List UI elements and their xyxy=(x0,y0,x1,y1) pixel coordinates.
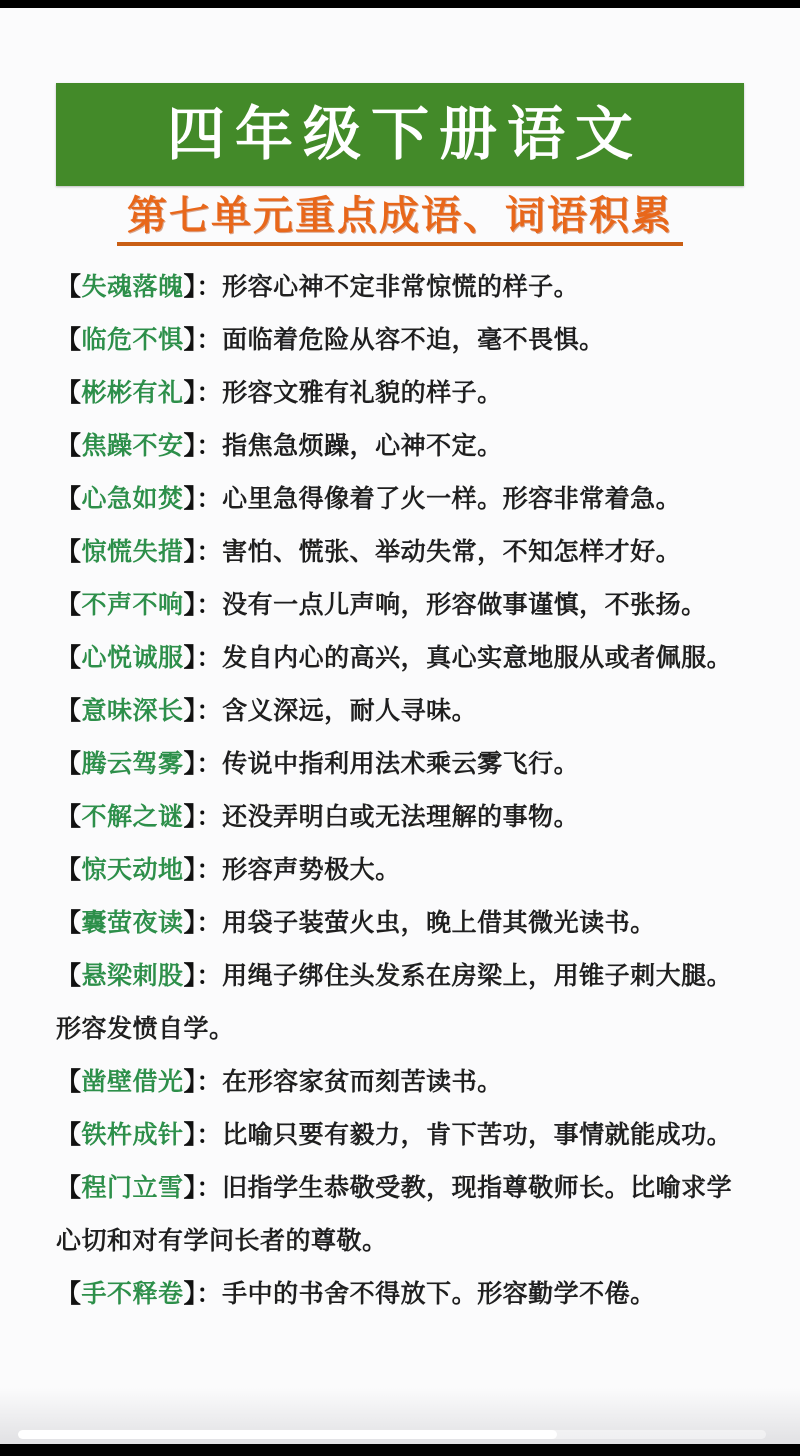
entry-colon: ： xyxy=(197,1068,223,1096)
close-bracket: 】 xyxy=(184,538,197,566)
idiom-definition: 形容文雅有礼貌的样子。 xyxy=(222,379,503,407)
open-bracket: 【 xyxy=(56,591,82,619)
open-bracket: 【 xyxy=(56,538,82,566)
idiom-term: 彬彬有礼 xyxy=(82,379,184,407)
idiom-term: 惊天动地 xyxy=(82,856,184,884)
idiom-entry: 【焦躁不安】：指焦急烦躁，心神不定。 xyxy=(56,420,748,473)
idiom-term: 不解之谜 xyxy=(82,803,184,831)
idiom-term: 临危不惧 xyxy=(82,326,184,354)
open-bracket: 【 xyxy=(56,1068,82,1096)
idiom-definition: 发自内心的高兴，真心实意地服从或者佩服。 xyxy=(222,644,732,672)
page-title: 四年级下册语文 xyxy=(157,106,643,164)
entry-colon: ： xyxy=(197,538,223,566)
idiom-definition: 在形容家贫而刻苦读书。 xyxy=(222,1068,503,1096)
close-bracket: 】 xyxy=(184,379,197,407)
idiom-term: 惊慌失措 xyxy=(82,538,184,566)
close-bracket: 】 xyxy=(184,1121,197,1149)
idiom-entry: 【彬彬有礼】：形容文雅有礼貌的样子。 xyxy=(56,367,748,420)
video-progress-bar[interactable] xyxy=(18,1430,766,1439)
open-bracket: 【 xyxy=(56,750,82,778)
idiom-term: 焦躁不安 xyxy=(82,432,184,460)
top-letterbox-bar xyxy=(0,0,800,8)
idiom-definition: 比喻只要有毅力，肯下苦功，事情就能成功。 xyxy=(222,1121,732,1149)
entry-colon: ： xyxy=(197,1121,223,1149)
idiom-entry: 【意味深长】：含义深远，耐人寻味。 xyxy=(56,685,748,738)
idiom-entry: 【囊萤夜读】：用袋子装萤火虫，晚上借其微光读书。 xyxy=(56,897,748,950)
idiom-definition: 形容心神不定非常惊慌的样子。 xyxy=(222,273,579,301)
entry-colon: ： xyxy=(197,379,223,407)
unit-subtitle: 第七单元重点成语、词语积累 xyxy=(117,194,683,246)
idiom-term: 程门立雪 xyxy=(82,1174,184,1202)
open-bracket: 【 xyxy=(56,909,82,937)
idiom-entry: 【程门立雪】：旧指学生恭敬受教，现指尊敬师长。比喻求学心切和对有学问长者的尊敬。 xyxy=(56,1162,748,1268)
close-bracket: 】 xyxy=(184,485,197,513)
entry-colon: ： xyxy=(197,909,223,937)
idiom-term: 腾云驾雾 xyxy=(82,750,184,778)
bottom-letterbox-bar xyxy=(0,1444,800,1456)
open-bracket: 【 xyxy=(56,1174,82,1202)
close-bracket: 】 xyxy=(184,326,197,354)
entry-colon: ： xyxy=(197,432,223,460)
entry-colon: ： xyxy=(197,1280,223,1308)
idiom-term: 意味深长 xyxy=(82,697,184,725)
close-bracket: 】 xyxy=(184,856,197,884)
idiom-definition: 害怕、慌张、举动失常，不知怎样才好。 xyxy=(222,538,681,566)
close-bracket: 】 xyxy=(184,909,197,937)
idiom-definition: 传说中指利用法术乘云雾飞行。 xyxy=(222,750,579,778)
open-bracket: 【 xyxy=(56,962,82,990)
idiom-term: 手不释卷 xyxy=(82,1280,184,1308)
idiom-definition: 心里急得像着了火一样。形容非常着急。 xyxy=(222,485,681,513)
close-bracket: 】 xyxy=(184,1068,197,1096)
idiom-entry: 【失魂落魄】：形容心神不定非常惊慌的样子。 xyxy=(56,261,748,314)
close-bracket: 】 xyxy=(184,962,197,990)
entry-colon: ： xyxy=(197,856,223,884)
open-bracket: 【 xyxy=(56,326,82,354)
idiom-definition: 手中的书舍不得放下。形容勤学不倦。 xyxy=(222,1280,656,1308)
entry-colon: ： xyxy=(197,644,223,672)
idiom-entry: 【心急如焚】：心里急得像着了火一样。形容非常着急。 xyxy=(56,473,748,526)
idiom-term: 铁杵成针 xyxy=(82,1121,184,1149)
close-bracket: 】 xyxy=(184,273,197,301)
close-bracket: 】 xyxy=(184,1174,197,1202)
idiom-definition: 没有一点儿声响，形容做事谨慎，不张扬。 xyxy=(222,591,707,619)
idiom-term: 悬梁刺股 xyxy=(82,962,184,990)
close-bracket: 】 xyxy=(184,432,197,460)
header-banner: 四年级下册语文 xyxy=(56,83,744,186)
open-bracket: 【 xyxy=(56,644,82,672)
idiom-definition: 面临着危险从容不迫，毫不畏惧。 xyxy=(222,326,605,354)
open-bracket: 【 xyxy=(56,1280,82,1308)
idiom-entry: 【惊天动地】：形容声势极大。 xyxy=(56,844,748,897)
idiom-term: 心急如焚 xyxy=(82,485,184,513)
entry-colon: ： xyxy=(197,591,223,619)
open-bracket: 【 xyxy=(56,1121,82,1149)
open-bracket: 【 xyxy=(56,273,82,301)
close-bracket: 】 xyxy=(184,803,197,831)
idiom-entry: 【悬梁刺股】：用绳子绑住头发系在房梁上，用锥子刺大腿。形容发愤自学。 xyxy=(56,950,748,1056)
close-bracket: 】 xyxy=(184,750,197,778)
entry-colon: ： xyxy=(197,485,223,513)
idiom-definition: 形容声势极大。 xyxy=(222,856,401,884)
open-bracket: 【 xyxy=(56,485,82,513)
idiom-entry: 【心悦诚服】：发自内心的高兴，真心实意地服从或者佩服。 xyxy=(56,632,748,685)
close-bracket: 】 xyxy=(184,1280,197,1308)
idiom-definition: 用袋子装萤火虫，晚上借其微光读书。 xyxy=(222,909,656,937)
idiom-definition: 指焦急烦躁，心神不定。 xyxy=(222,432,503,460)
idiom-term: 失魂落魄 xyxy=(82,273,184,301)
open-bracket: 【 xyxy=(56,697,82,725)
entry-colon: ： xyxy=(197,326,223,354)
idiom-entry: 【不解之谜】：还没弄明白或无法理解的事物。 xyxy=(56,791,748,844)
idiom-entry: 【铁杵成针】：比喻只要有毅力，肯下苦功，事情就能成功。 xyxy=(56,1109,748,1162)
idiom-term: 凿壁借光 xyxy=(82,1068,184,1096)
close-bracket: 】 xyxy=(184,697,197,725)
entry-colon: ： xyxy=(197,273,223,301)
idiom-term: 不声不响 xyxy=(82,591,184,619)
idiom-entry: 【惊慌失措】：害怕、慌张、举动失常，不知怎样才好。 xyxy=(56,526,748,579)
idiom-entry: 【不声不响】：没有一点儿声响，形容做事谨慎，不张扬。 xyxy=(56,579,748,632)
close-bracket: 】 xyxy=(184,644,197,672)
idiom-definition: 还没弄明白或无法理解的事物。 xyxy=(222,803,579,831)
close-bracket: 】 xyxy=(184,591,197,619)
entry-colon: ： xyxy=(197,962,223,990)
entry-colon: ： xyxy=(197,803,223,831)
subtitle-wrap: 第七单元重点成语、词语积累 xyxy=(0,194,800,246)
open-bracket: 【 xyxy=(56,432,82,460)
idiom-entry: 【临危不惧】：面临着危险从容不迫，毫不畏惧。 xyxy=(56,314,748,367)
idiom-term: 囊萤夜读 xyxy=(82,909,184,937)
video-progress-fill xyxy=(18,1430,557,1439)
idiom-entry: 【凿壁借光】：在形容家贫而刻苦读书。 xyxy=(56,1056,748,1109)
entry-colon: ： xyxy=(197,750,223,778)
idiom-definition: 含义深远，耐人寻味。 xyxy=(222,697,477,725)
open-bracket: 【 xyxy=(56,803,82,831)
idiom-entry: 【手不释卷】：手中的书舍不得放下。形容勤学不倦。 xyxy=(56,1268,748,1321)
open-bracket: 【 xyxy=(56,856,82,884)
study-sheet-page: 四年级下册语文 第七单元重点成语、词语积累 【失魂落魄】：形容心神不定非常惊慌的… xyxy=(0,0,800,1456)
entry-colon: ： xyxy=(197,697,223,725)
entry-colon: ： xyxy=(197,1174,223,1202)
open-bracket: 【 xyxy=(56,379,82,407)
idiom-entry: 【腾云驾雾】：传说中指利用法术乘云雾飞行。 xyxy=(56,738,748,791)
idiom-term: 心悦诚服 xyxy=(82,644,184,672)
idiom-list: 【失魂落魄】：形容心神不定非常惊慌的样子。 【临危不惧】：面临着危险从容不迫，毫… xyxy=(56,261,748,1321)
